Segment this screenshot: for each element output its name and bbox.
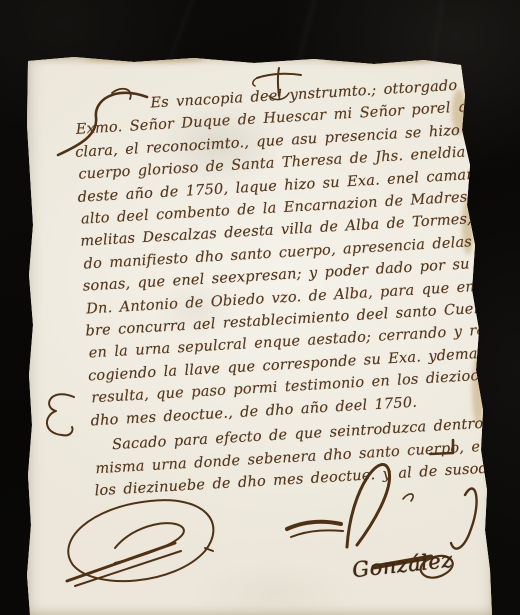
paragraph-1: Es vnacopia deel ynstrumto.; ottorgado p… (72, 74, 491, 433)
edge-stain (324, 57, 434, 64)
manuscript-photo: Es vnacopia deel ynstrumto.; ottorgado p… (0, 0, 520, 615)
background-streak (168, 0, 194, 63)
manuscript-paper: Es vnacopia deel ynstrumto.; ottorgado p… (24, 55, 496, 615)
margin-flourish-icon (40, 385, 82, 443)
rubric-signature-icon (55, 493, 231, 593)
edge-stain (84, 55, 204, 63)
